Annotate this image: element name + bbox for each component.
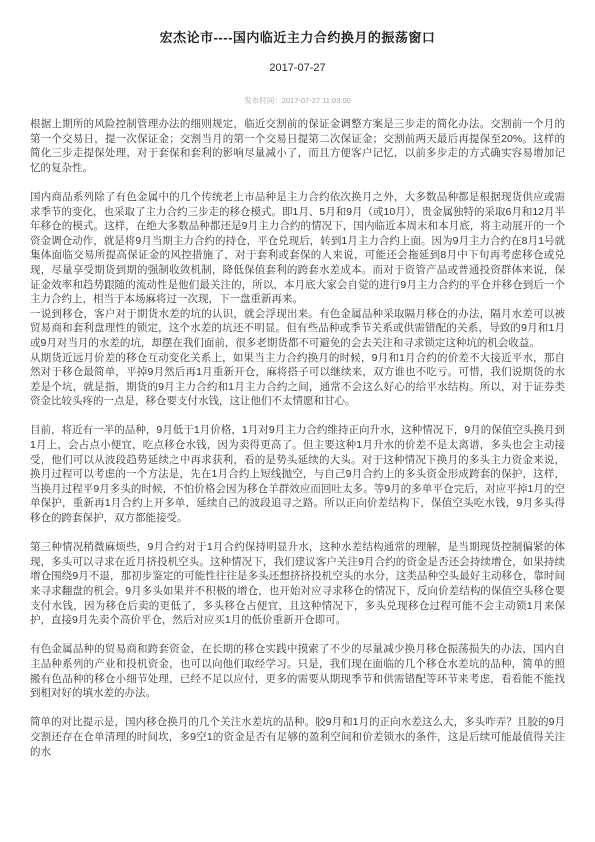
article-paragraph: 国内商品系列除了有色金属中的几个传统老上市品种是主力合约依次换月之外，大多数品种… [30, 190, 565, 307]
article-date: 2017-07-27 [0, 62, 595, 74]
article-paragraph: 简单的对比提示是，国内移仓换月的几个关注水差坑的品种。胶9月和1月的正向水差这么… [30, 715, 565, 759]
article-paragraph: 目前，将近有一半的品种，9月低于1月价格，1月对9月主力合约维持正向升水，这种情… [30, 423, 565, 525]
article-paragraph: 第三种情况稍微麻烦些，9月合约对于1月合约保持明显升水，这种水差结构通常的理解，… [30, 540, 565, 628]
article-title: 宏杰论市----国内临近主力合约换月的振荡窗口 [0, 0, 595, 46]
article-body: 根据上期所的风险控制管理办法的细则规定，临近交割前的保证金调整方案是三步走的简化… [30, 117, 565, 759]
article-paragraph: 根据上期所的风险控制管理办法的细则规定，临近交割前的保证金调整方案是三步走的简化… [30, 117, 565, 175]
document-page: 宏杰论市----国内临近主力合约换月的振荡窗口 2017-07-27 发布时间：… [0, 0, 595, 842]
article-paragraph: 从期货近远月价差的移仓互动变化关系上，如果当主力合约换月的时候，9月和1月合约的… [30, 351, 565, 409]
publish-time: 发布时间：2017-07-27 11:03:00 [0, 95, 595, 106]
article-paragraph: 一说到移仓，客户对于期货水差的坑的认识，就会浮现出来。有色金属品种采取隔月移仓的… [30, 307, 565, 351]
article-paragraph: 有色金属品种的贸易商和跨套资金，在长期的移仓实践中摸索了不少的尽量减少换月移仓振… [30, 642, 565, 700]
